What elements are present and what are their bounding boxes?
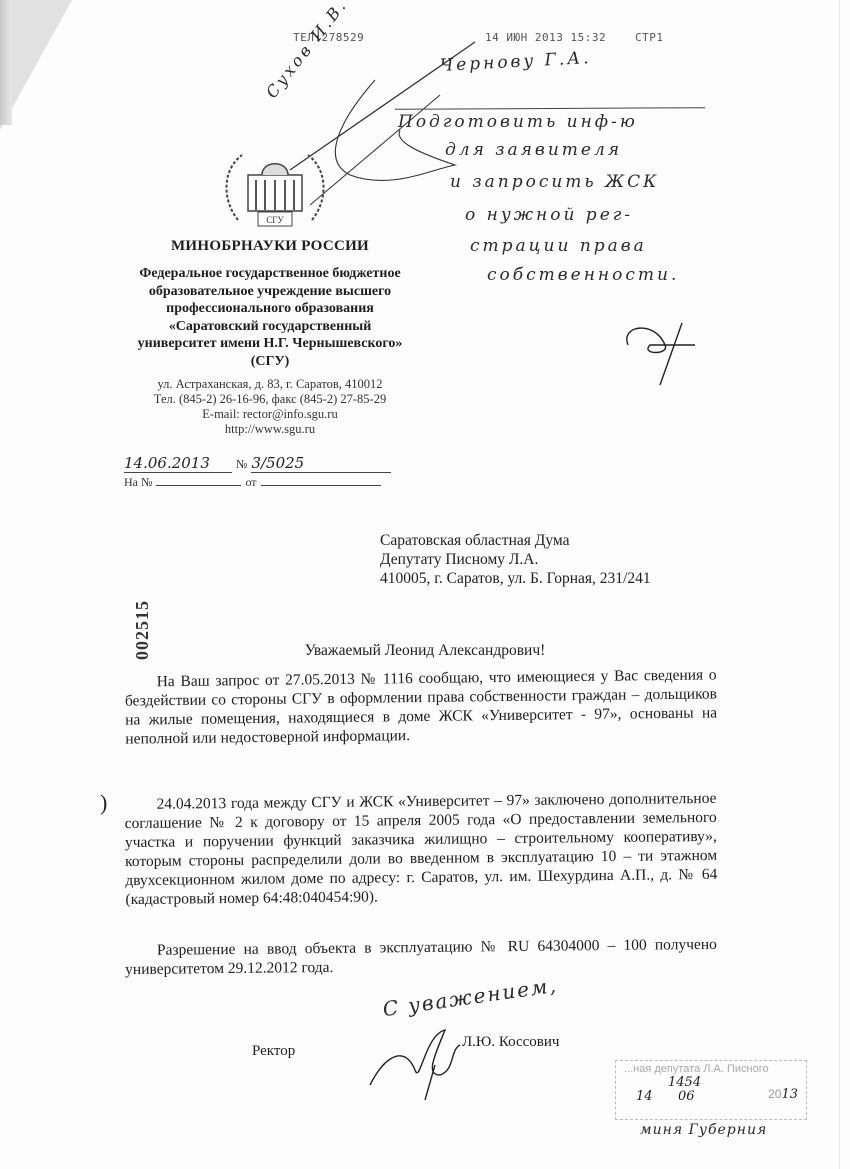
stamp-day: 14 xyxy=(636,1089,653,1104)
org-address: ул. Астраханская, д. 83, г. Саратов, 410… xyxy=(115,377,425,392)
registration-date: 14.06.2013 xyxy=(124,454,232,473)
fax-page: СТР1 xyxy=(635,31,664,44)
registration-line-outgoing: 14.06.2013 № 3/5025 xyxy=(124,454,394,473)
reference-number-label: На № xyxy=(124,475,152,489)
handwritten-closing: С уважением, xyxy=(381,973,559,1021)
addressee-person: Депутату Писному Л.А. xyxy=(380,550,651,569)
registration-line-reference: На № от xyxy=(124,473,394,491)
fax-datetime: 14 ИЮН 2013 15:32 xyxy=(485,31,606,44)
university-emblem-icon: СГУ xyxy=(220,140,330,235)
body-paragraph-1: На Ваш запрос от 27.05.2013 № 1116 сообщ… xyxy=(125,665,718,748)
handwritten-line-4: о нужной рег- xyxy=(465,205,633,225)
registration-number-label: № xyxy=(236,457,247,471)
rector-signature xyxy=(365,1015,475,1100)
body-paragraph-2: 24.04.2013 года между СГУ и ЖСК «Универс… xyxy=(124,789,717,909)
org-website-link[interactable]: http://www.sgu.ru xyxy=(225,422,315,436)
emblem-text: СГУ xyxy=(266,215,284,225)
incoming-registration-stamp: ...ная депутата Л.А. Писного 1454 14 06 … xyxy=(615,1060,807,1120)
organization-contacts: ул. Астраханская, д. 83, г. Саратов, 410… xyxy=(115,377,425,437)
handwritten-line-5: страции права xyxy=(470,236,647,256)
reference-number-blank xyxy=(156,473,241,486)
handwritten-line-1: Подготовить инф-ю xyxy=(398,112,638,132)
stamp-handwritten-note: миня Губерния xyxy=(640,1122,767,1138)
body-paragraph-3: Разрешение на ввод объекта в эксплуатаци… xyxy=(125,935,717,979)
handwritten-line-2: для заявителя xyxy=(445,140,622,160)
addressee-organization: Саратовская областная Дума xyxy=(380,531,651,550)
stamp-year: 2013 xyxy=(768,1087,798,1102)
page-fold-shade xyxy=(0,0,12,125)
reference-from-label: от xyxy=(245,475,256,489)
stamp-month: 06 xyxy=(678,1089,695,1104)
reference-date-blank xyxy=(261,473,381,486)
handwritten-line-3: и запросить ЖСК xyxy=(450,172,659,192)
signatory-name: Л.Ю. Коссович xyxy=(462,1034,559,1051)
stamp-number: 1454 xyxy=(668,1075,701,1090)
salutation: Уважаемый Леонид Александрович! xyxy=(0,642,850,660)
scan-edge xyxy=(839,0,840,1169)
margin-bracket-mark: ) xyxy=(100,790,107,816)
signatory-position: Ректор xyxy=(252,1043,295,1060)
resolution-underline xyxy=(395,107,705,110)
handwritten-line-6: собственности. xyxy=(487,265,679,285)
org-email: E-mail: rector@info.sgu.ru xyxy=(115,407,425,422)
stamp-title: ...ная депутата Л.А. Писного xyxy=(624,1063,769,1075)
addressee-address: 410005, г. Саратов, ул. Б. Горная, 231/2… xyxy=(380,569,651,588)
org-phone-fax: Тел. (845-2) 26-16-96, факс (845-2) 27-8… xyxy=(115,392,425,407)
resolution-signature xyxy=(620,320,700,390)
addressee-block: Саратовская областная Дума Депутату Писн… xyxy=(380,531,651,588)
ministry-name: МИНОБРНАУКИ РОССИИ xyxy=(115,238,425,255)
organization-name: Федеральное государственное бюджетное об… xyxy=(115,265,425,370)
registration-number: 3/5025 xyxy=(251,454,391,473)
